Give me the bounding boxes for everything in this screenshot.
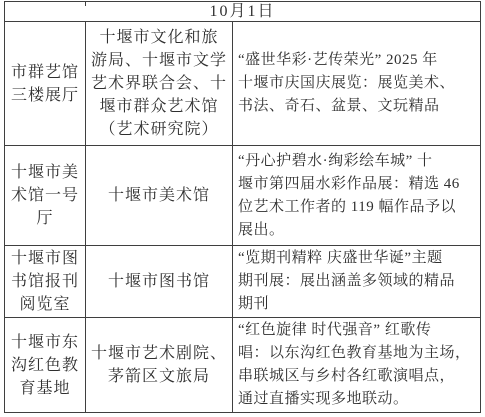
venue-cell: 十堰市东 沟红色教 育基地 — [5, 318, 86, 413]
organizer-cell: 十堰市文化和旅 游局、十堰市文学 艺术界联合会、十 堰市群众艺术馆 （艺术研究院… — [86, 22, 233, 146]
event-cell: “丹心护碧水·绚彩绘车城” 十 堰市第四届水彩作品展：精选 46 位艺术工作者的… — [233, 146, 481, 246]
date-row: 10月1日 — [5, 2, 481, 22]
date-header-cell: 10月1日 — [5, 2, 481, 22]
table-row: 十堰市东 沟红色教 育基地 十堰市艺术剧院、 茅箭区文旅局 “红色旋律 时代强音… — [5, 318, 481, 413]
table-row: 十堰市图 书馆报刊 阅览室 十堰市图书馆 “览期刊精粹 庆盛世华诞”主题 期刊展… — [5, 246, 481, 318]
organizer-cell: 十堰市图书馆 — [86, 246, 233, 318]
venue-cell: 市群艺馆 三楼展厅 — [5, 22, 86, 146]
event-cell: “红色旋律 时代强音” 红歌传 唱：以东沟红色教育基地为主场， 串联城区与乡村各… — [233, 318, 481, 413]
organizer-cell: 十堰市艺术剧院、 茅箭区文旅局 — [86, 318, 233, 413]
table-row: 十堰市美 术馆一号 厅 十堰市美术馆 “丹心护碧水·绚彩绘车城” 十 堰市第四届… — [5, 146, 481, 246]
organizer-cell: 十堰市美术馆 — [86, 146, 233, 246]
event-cell: “盛世华彩·艺传荣光” 2025 年 十堰市庆国庆展览：展览美术、 书法、奇石、… — [233, 22, 481, 146]
events-schedule-table: 10月1日 市群艺馆 三楼展厅 十堰市文化和旅 游局、十堰市文学 艺术界联合会、… — [4, 1, 481, 413]
venue-cell: 十堰市图 书馆报刊 阅览室 — [5, 246, 86, 318]
venue-cell: 十堰市美 术馆一号 厅 — [5, 146, 86, 246]
document-page: 10月1日 市群艺馆 三楼展厅 十堰市文化和旅 游局、十堰市文学 艺术界联合会、… — [0, 0, 485, 413]
table-row: 市群艺馆 三楼展厅 十堰市文化和旅 游局、十堰市文学 艺术界联合会、十 堰市群众… — [5, 22, 481, 146]
top-row-divider-artifact — [85, 1, 86, 6]
event-cell: “览期刊精粹 庆盛世华诞”主题 期刊展：展出涵盖多领域的精品 期刊 — [233, 246, 481, 318]
